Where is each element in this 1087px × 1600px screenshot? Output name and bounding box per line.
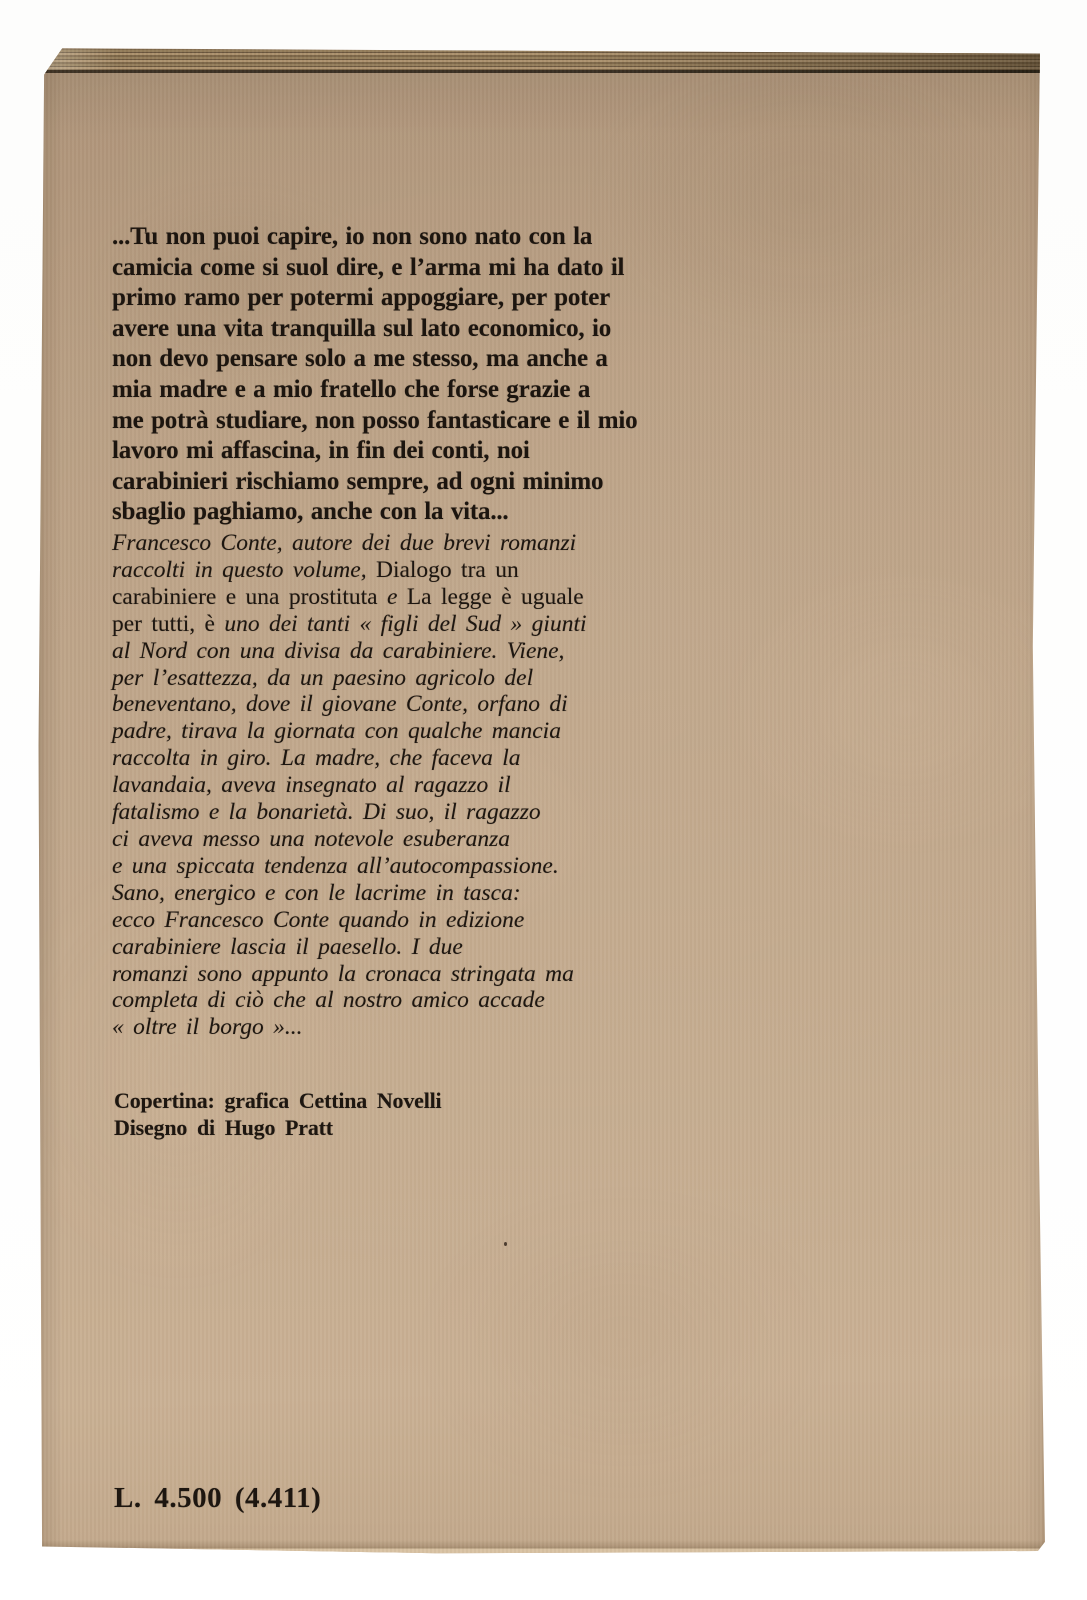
top-page-edges <box>36 46 1048 73</box>
blurb-line: Sano, energico e con le lacrime in tasca… <box>112 880 672 907</box>
quote-line: avere una vita tranquilla sul lato econo… <box>112 314 672 345</box>
quote-line: non devo pensare solo a me stesso, ma an… <box>112 344 672 375</box>
blurb-line: per l’esattezza, da un paesino agricolo … <box>112 665 672 692</box>
blurb-text: Sano, energico e con le lacrime in tasca… <box>112 880 521 906</box>
credits-block: Copertina: grafica Cettina NovelliDisegn… <box>114 1088 441 1141</box>
blurb-text: romanzi sono appunto la cronaca stringat… <box>112 961 574 987</box>
blurb-text: uno dei tanti « figli del Sud » giunti <box>224 611 586 637</box>
blurb-text: « oltre il borgo »... <box>112 1014 302 1040</box>
blurb-line: raccolti in questo volume, Dialogo tra u… <box>112 557 672 584</box>
book-title-text: Dialogo tra un <box>376 557 519 583</box>
book-title-text: La legge è uguale <box>407 584 584 610</box>
blurb-text: raccolti in questo volume, <box>112 557 376 583</box>
blurb-line: per tutti, è uno dei tanti « figli del S… <box>112 611 672 638</box>
book-back-cover: ...Tu non puoi capire, io non sono nato … <box>36 46 1048 1554</box>
blurb-line: beneventano, dove il giovane Conte, orfa… <box>112 691 672 718</box>
blurb-text: per l’esattezza, da un paesino agricolo … <box>112 665 533 691</box>
blurb-line: raccolta in giro. La madre, che faceva l… <box>112 745 672 772</box>
blurb-text: completa di ciò che al nostro amico acca… <box>112 987 545 1013</box>
blurb-line: al Nord con una divisa da carabiniere. V… <box>112 638 672 665</box>
blurb-text: carabiniere lascia il paesello. I due <box>112 934 463 960</box>
blurb-text: padre, tirava la giornata con qualche ma… <box>112 718 561 744</box>
blurb-text: Francesco Conte, autore dei due brevi ro… <box>112 530 576 556</box>
blurb-text: al Nord con una divisa da carabiniere. V… <box>112 638 564 664</box>
quote-paragraph: ...Tu non puoi capire, io non sono nato … <box>112 222 672 528</box>
blurb-line: fatalismo e la bonarietà. Di suo, il rag… <box>112 799 672 826</box>
blurb-line: Francesco Conte, autore dei due brevi ro… <box>112 530 672 557</box>
quote-line: me potrà studiare, non posso fantasticar… <box>112 406 672 437</box>
blurb-text: ci aveva messo una notevole esuberanza <box>112 826 510 852</box>
blurb-line: ecco Francesco Conte quando in edizione <box>112 907 672 934</box>
credit-line: Disegno di Hugo Pratt <box>114 1115 441 1142</box>
blurb-text: beneventano, dove il giovane Conte, orfa… <box>112 691 568 717</box>
quote-line: primo ramo per potermi appoggiare, per p… <box>112 283 672 314</box>
blurb-line: ci aveva messo una notevole esuberanza <box>112 826 672 853</box>
blurb-line: « oltre il borgo »... <box>112 1014 672 1041</box>
quote-line: mia madre e a mio fratello che forse gra… <box>112 375 672 406</box>
blurb-line: carabiniere e una prostituta e La legge … <box>112 584 672 611</box>
quote-line: carabinieri rischiamo sempre, ad ogni mi… <box>112 467 672 498</box>
blurb-text: raccolta in giro. La madre, che faceva l… <box>112 745 520 771</box>
blurb-line: carabiniere lascia il paesello. I due <box>112 934 672 961</box>
quote-line: ...Tu non puoi capire, io non sono nato … <box>112 222 672 253</box>
blurb-text: fatalismo e la bonarietà. Di suo, il rag… <box>112 799 541 825</box>
blurb-line: romanzi sono appunto la cronaca stringat… <box>112 961 672 988</box>
credit-line: Copertina: grafica Cettina Novelli <box>114 1088 441 1115</box>
blurb-line: padre, tirava la giornata con qualche ma… <box>112 718 672 745</box>
blurb-text: lavandaia, aveva insegnato al ragazzo il <box>112 772 511 798</box>
blurb-text: e una spiccata tendenza all’autocompassi… <box>112 853 559 879</box>
blurb-line: lavandaia, aveva insegnato al ragazzo il <box>112 772 672 799</box>
paper-speck <box>504 1242 507 1246</box>
book-title-text: carabiniere e una prostituta <box>112 584 387 610</box>
price-label: L. 4.500 (4.411) <box>114 1482 321 1515</box>
book-title-text: per tutti, è <box>112 611 224 637</box>
blurb-paragraph: Francesco Conte, autore dei due brevi ro… <box>112 530 672 1041</box>
blurb-text: ecco Francesco Conte quando in edizione <box>112 907 524 933</box>
blurb-line: e una spiccata tendenza all’autocompassi… <box>112 853 672 880</box>
quote-line: camicia come si suol dire, e l’arma mi h… <box>112 253 672 284</box>
quote-line: sbaglio paghiamo, anche con la vita... <box>112 497 672 528</box>
blurb-text: e <box>387 584 407 610</box>
blurb-line: completa di ciò che al nostro amico acca… <box>112 987 672 1014</box>
quote-line: lavoro mi affascina, in fin dei conti, n… <box>112 436 672 467</box>
book-photo: ...Tu non puoi capire, io non sono nato … <box>0 0 1087 1600</box>
